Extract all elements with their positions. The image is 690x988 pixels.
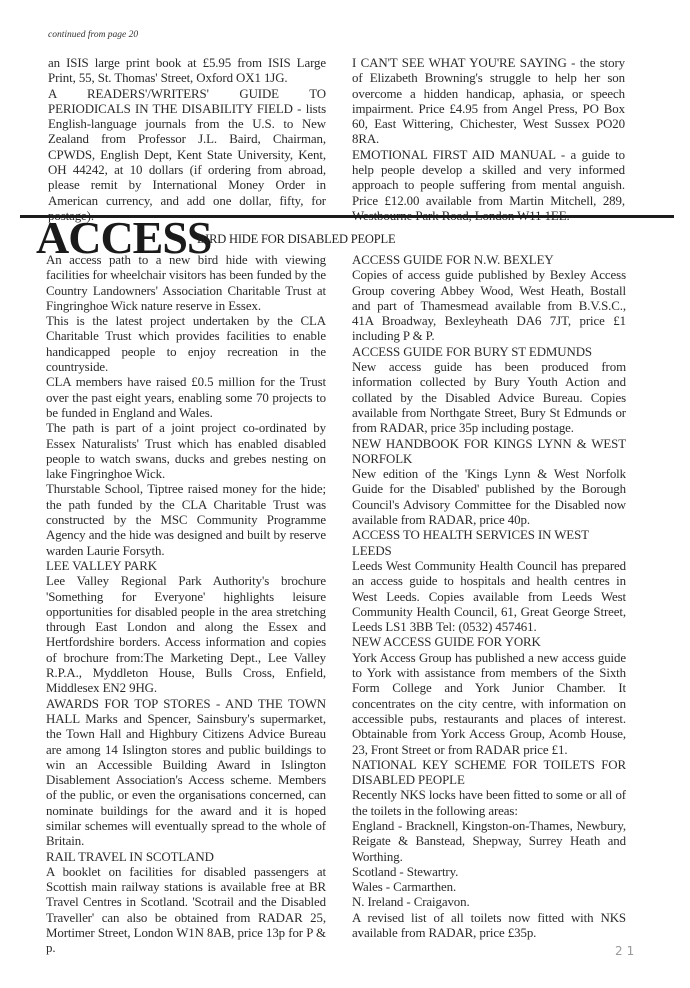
paragraph: CLA members have raised £0.5 million for…	[46, 375, 326, 421]
top-left-column: an ISIS large print book at £5.95 from I…	[48, 56, 326, 224]
subheading: RAIL TRAVEL IN SCOTLAND	[46, 850, 326, 865]
paragraph: A booklet on facilities for disabled pas…	[46, 865, 326, 957]
paragraph: England - Bracknell, Kingston-on-Thames,…	[352, 819, 626, 865]
paragraph: The path is part of a joint project co-o…	[46, 421, 326, 482]
paragraph: Thurstable School, Tiptree raised money …	[46, 482, 326, 558]
left-column: An access path to a new bird hide with v…	[46, 253, 326, 957]
subheading: ACCESS GUIDE FOR BURY ST EDMUNDS	[352, 345, 626, 360]
paragraph: an ISIS large print book at £5.95 from I…	[48, 56, 326, 87]
paragraph: A READERS'/WRITERS' GUIDE TO PERIODICALS…	[48, 87, 326, 225]
subheading: Scotland - Stewartry.	[352, 865, 626, 880]
subheading: LEE VALLEY PARK	[46, 559, 326, 574]
right-column: ACCESS GUIDE FOR N.W. BEXLEYCopies of ac…	[352, 253, 626, 941]
subheading: Wales - Carmarthen.	[352, 880, 626, 895]
paragraph: AWARDS FOR TOP STORES - AND THE TOWN HAL…	[46, 697, 326, 850]
subheading: N. Ireland - Craigavon.	[352, 895, 626, 910]
paragraph: I CAN'T SEE WHAT YOU'RE SAYING - the sto…	[352, 56, 625, 148]
subheading: ACCESS TO HEALTH SERVICES IN WEST LEEDS	[352, 528, 626, 559]
paragraph: EMOTIONAL FIRST AID MANUAL - a guide to …	[352, 148, 625, 224]
paragraph: York Access Group has published a new ac…	[352, 651, 626, 758]
paragraph: Lee Valley Regional Park Authority's bro…	[46, 574, 326, 696]
top-right-column: I CAN'T SEE WHAT YOU'RE SAYING - the sto…	[352, 56, 625, 224]
divider-gap	[6, 215, 20, 218]
paragraph: New edition of the 'Kings Lynn & West No…	[352, 467, 626, 528]
paragraph: This is the latest project undertaken by…	[46, 314, 326, 375]
paragraph: Leeds West Community Health Council has …	[352, 559, 626, 635]
page-number: 21	[615, 944, 638, 958]
paragraph: An access path to a new bird hide with v…	[46, 253, 326, 314]
section-subtitle: BIRD HIDE FOR DISABLED PEOPLE	[197, 232, 395, 247]
paragraph: NEW HANDBOOK FOR KINGS LYNN & WEST NORFO…	[352, 437, 626, 468]
paragraph: New access guide has been produced from …	[352, 360, 626, 436]
paragraph: NATIONAL KEY SCHEME FOR TOILETS FOR DISA…	[352, 758, 626, 789]
subheading: ACCESS GUIDE FOR N.W. BEXLEY	[352, 253, 626, 268]
paragraph: A revised list of all toilets now fitted…	[352, 911, 626, 942]
paragraph: Copies of access guide published by Bexl…	[352, 268, 626, 344]
continued-note: continued from page 20	[48, 30, 138, 40]
subheading: NEW ACCESS GUIDE FOR YORK	[352, 635, 626, 650]
paragraph: Recently NKS locks have been fitted to s…	[352, 788, 626, 819]
